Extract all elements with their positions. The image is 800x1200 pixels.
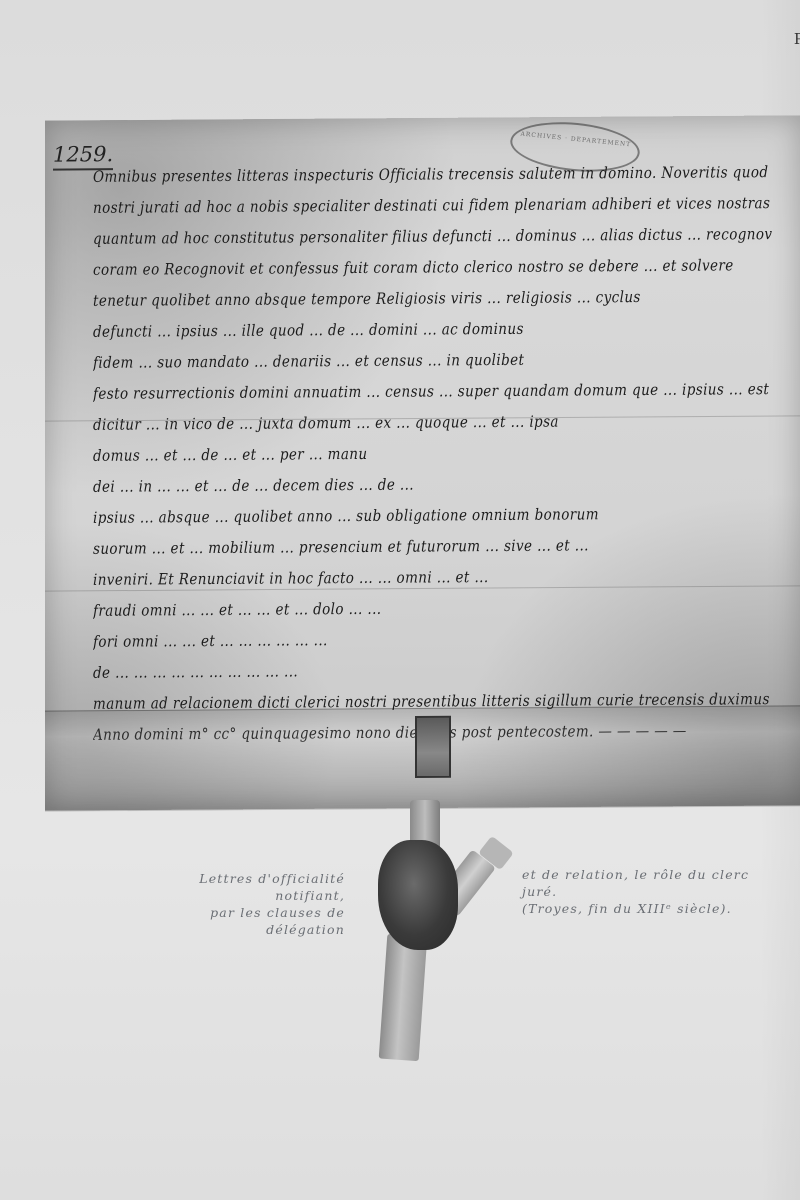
caption-right-line: et de relation, le rôle du clerc juré. bbox=[522, 866, 772, 900]
medieval-charter-photograph: ARCHIVES · DEPARTEMENT 1259. Omnibus pre… bbox=[45, 115, 800, 810]
charter-text: Omnibus presentes litteras inspecturis O… bbox=[93, 158, 773, 752]
caption-left: Lettres d'officialité notifiant, par les… bbox=[140, 870, 345, 938]
wax-seal bbox=[378, 840, 458, 950]
caption-right-line: (Troyes, fin du XIIIᵉ siècle). bbox=[522, 900, 772, 917]
caption-left-line: par les clauses de délégation bbox=[140, 904, 345, 938]
caption-right: et de relation, le rôle du clerc juré. (… bbox=[522, 866, 772, 917]
caption-left-line: Lettres d'officialité notifiant, bbox=[140, 870, 345, 904]
parchment-tag-tail bbox=[379, 934, 428, 1061]
page-number: P bbox=[794, 30, 800, 48]
seal-tag-slot bbox=[415, 716, 451, 778]
